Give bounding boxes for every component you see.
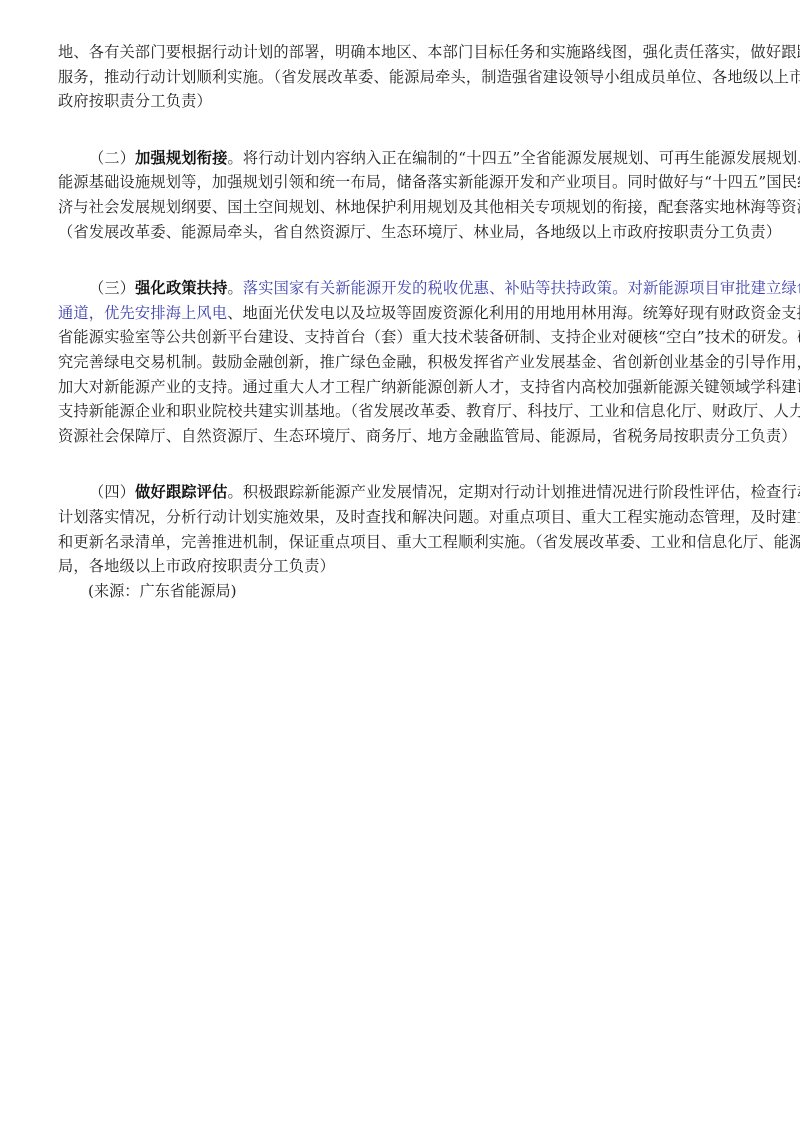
section-number: （四）	[89, 483, 135, 501]
section-number: （三）	[89, 279, 135, 297]
text-line: 究完善绿电交易机制。鼓励金融创新，推广绿色金融，积极发挥省产业发展基金、省创新创…	[58, 350, 744, 375]
text-line: 通道，优先安排海上风电、地面光伏发电以及垃圾等固废资源化利用的用地用林用海。统筹…	[58, 301, 744, 326]
document-page: 地、各有关部门要根据行动计划的部署，明确本地区、本部门目标任务和实施路线图，强化…	[58, 40, 744, 603]
text-line: 能源基础设施规划等，加强规划引领和统一布局，储备落实新能源开发和产业项目。同时做…	[58, 170, 744, 195]
section-number: （二）	[89, 149, 135, 167]
paragraph-continuation: 地、各有关部门要根据行动计划的部署，明确本地区、本部门目标任务和实施路线图，强化…	[58, 40, 744, 114]
section-heading: 加强规划衔接	[135, 149, 227, 167]
text-line: 加大对新能源产业的支持。通过重大人才工程广纳新能源创新人才，支持省内高校加强新能…	[58, 375, 744, 400]
paragraph-planning: （二）加强规划衔接。将行动计划内容纳入正在编制的“十四五”全省能源发展规划、可再…	[58, 146, 744, 244]
text-line: 局，各地级以上市政府按职责分工负责）	[58, 554, 744, 579]
paragraph-policy: （三）强化政策扶持。落实国家有关新能源开发的税收优惠、补贴等扶持政策。对新能源项…	[58, 276, 744, 448]
text-line: 济与社会发展规划纲要、国土空间规划、林地保护利用规划及其他相关专项规划的衔接，配…	[58, 195, 744, 220]
text-line: （省发展改革委、能源局牵头，省自然资源厅、生态环境厅、林业局，各地级以上市政府按…	[58, 220, 744, 245]
text-line: 服务，推动行动计划顺利实施。（省发展改革委、能源局牵头，制造强省建设领导小组成员…	[58, 65, 744, 90]
text-line: 省能源实验室等公共创新平台建设、支持首台（套）重大技术装备研制、支持企业对硬核“…	[58, 325, 744, 350]
section-heading: 强化政策扶持	[135, 279, 227, 297]
source-attribution: (来源：广东省能源局)	[58, 579, 744, 604]
text-line: 地、各有关部门要根据行动计划的部署，明确本地区、本部门目标任务和实施路线图，强化…	[58, 40, 744, 65]
text-line: 计划落实情况，分析行动计划实施效果，及时查找和解决问题。对重点项目、重大工程实施…	[58, 505, 744, 530]
text-line: 资源社会保障厅、自然资源厅、生态环境厅、商务厅、地方金融监管局、能源局，省税务局…	[58, 424, 744, 449]
section-heading: 做好跟踪评估	[135, 483, 227, 501]
highlighted-text: 落实国家有关新能源开发的税收优惠、补贴等扶持政策。对新能源项目审批建立绿色	[243, 279, 800, 297]
text-line: 和更新名录清单，完善推进机制，保证重点项目、重大工程顺利实施。（省发展改革委、工…	[58, 530, 744, 555]
text-line: （三）强化政策扶持。落实国家有关新能源开发的税收优惠、补贴等扶持政策。对新能源项…	[58, 276, 744, 301]
paragraph-evaluation: （四）做好跟踪评估。积极跟踪新能源产业发展情况，定期对行动计划推进情况进行阶段性…	[58, 480, 744, 578]
highlighted-text: 通道，优先安排海上风电	[58, 304, 227, 322]
text-line: （四）做好跟踪评估。积极跟踪新能源产业发展情况，定期对行动计划推进情况进行阶段性…	[58, 480, 744, 505]
text-line: 政府按职责分工负责）	[58, 89, 744, 114]
text-line: （二）加强规划衔接。将行动计划内容纳入正在编制的“十四五”全省能源发展规划、可再…	[58, 146, 744, 171]
text-line: 支持新能源企业和职业院校共建实训基地。（省发展改革委、教育厅、科技厅、工业和信息…	[58, 399, 744, 424]
